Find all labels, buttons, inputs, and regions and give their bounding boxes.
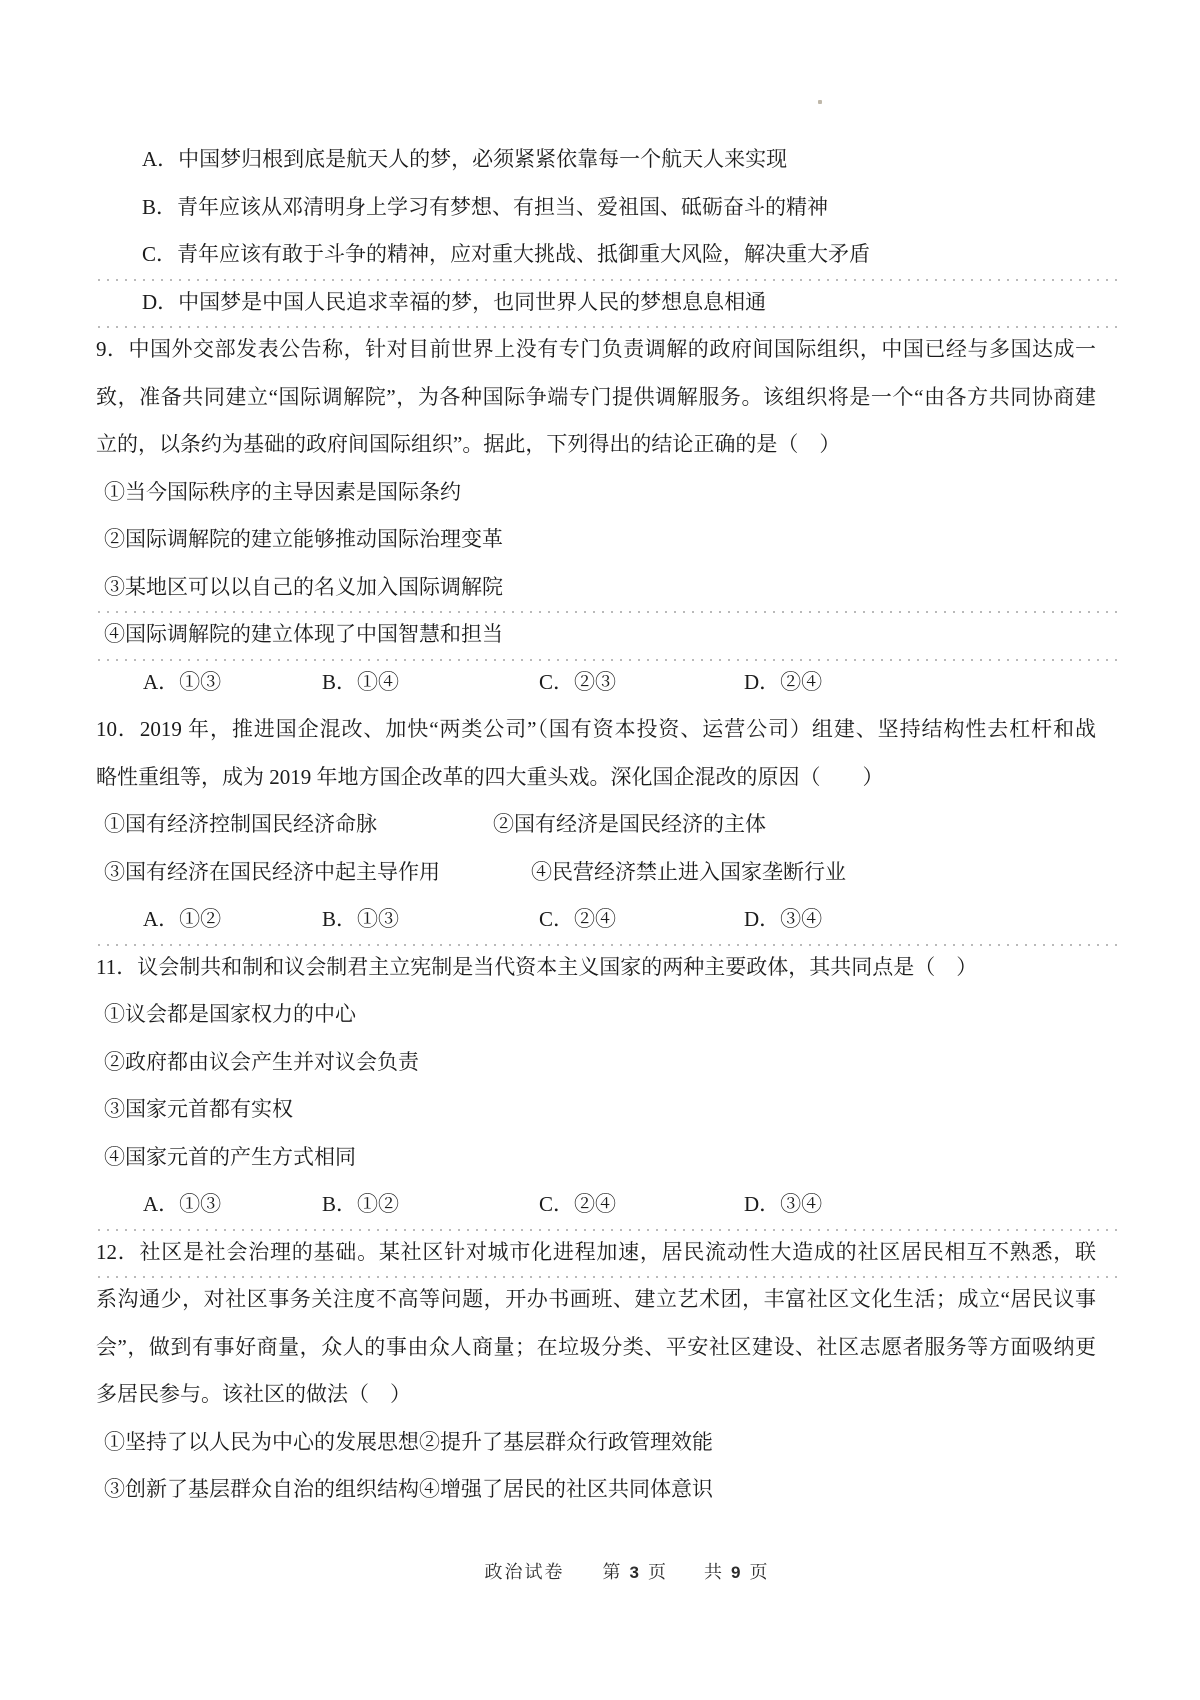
question-11-stem-line-1: 11．议会制共和制和议会制君主立宪制是当代资本主义国家的两种主要政体，其共同点是… [96,944,1096,992]
dotted-divider-4 [98,659,1118,661]
question-10-item-3: ③国有经济在国民经济中起主导作用 [104,849,531,897]
question-9-choice-b: B．①④ [322,659,539,707]
dotted-divider-5 [98,944,1118,946]
question-11-item-4: ④国家元首的产生方式相同 [96,1134,1096,1182]
question-9-choice-d: D．②④ [744,659,1096,707]
page-footer-text: 政治试卷 第 3 页 共 9 页 [485,1558,768,1584]
question-8-option-d: D．中国梦是中国人民追求幸福的梦，也同世界人民的梦想息息相通 [96,279,1096,327]
footer-page-number: 3 [630,1563,639,1583]
exam-page: A．中国梦归根到底是航天人的梦，必须紧紧依靠每一个航天人来实现 B．青年应该从邓… [0,0,1200,1700]
footer-total-prefix: 共 [704,1558,722,1584]
question-8-option-b: B．青年应该从邓清明身上学习有梦想、有担当、爱祖国、砥砺奋斗的精神 [96,184,1096,232]
footer-page-suffix: 页 [648,1558,666,1584]
dotted-divider-6 [98,1229,1118,1231]
question-10-items-row-2: ③国有经济在国民经济中起主导作用 ④民营经济禁止进入国家垄断行业 [96,849,1096,897]
exam-content: A．中国梦归根到底是航天人的梦，必须紧紧依靠每一个航天人来实现 B．青年应该从邓… [96,136,1096,1514]
question-11-item-2: ②政府都由议会产生并对议会负责 [96,1039,1096,1087]
question-10-choice-c: C．②④ [539,896,744,944]
question-10-stem-line-1: 10．2019 年，推进国企混改、加快“两类公司”（国有资本投资、运营公司）组建… [96,706,1096,754]
question-9-item-1: ①当今国际秩序的主导因素是国际条约 [96,469,1096,517]
question-8-option-a: A．中国梦归根到底是航天人的梦，必须紧紧依靠每一个航天人来实现 [96,136,1096,184]
question-11-choice-a: A．①③ [143,1181,322,1229]
question-12-stem-line-2: 系沟通少，对社区事务关注度不高等问题，开办书画班、建立艺术团，丰富社区文化生活；… [96,1276,1096,1324]
question-11-choice-d: D．③④ [744,1181,1096,1229]
question-11-item-1: ①议会都是国家权力的中心 [96,991,1096,1039]
question-9-choice-c: C．②③ [539,659,744,707]
question-10-item-1: ①国有经济控制国民经济命脉 [104,801,493,849]
footer-total-indicator: 共 9 页 [704,1558,767,1584]
question-9-stem-line-1: 9．中国外交部发表公告称，针对目前世界上没有专门负责调解的政府间国际组织，中国已… [96,326,1096,374]
question-12-stem-line-4: 多居民参与。该社区的做法（ ） [96,1371,1096,1419]
page-footer: 政治试卷 第 3 页 共 9 页 [0,1558,1200,1584]
question-9-item-3: ③某地区可以以自己的名义加入国际调解院 [96,564,1096,612]
question-12-items-3-4: ③创新了基层群众自治的组织结构④增强了居民的社区共同体意识 [96,1466,1096,1514]
footer-total-suffix: 页 [749,1558,767,1584]
question-12-stem-line-1: 12．社区是社会治理的基础。某社区针对城市化进程加速，居民流动性大造成的社区居民… [96,1229,1096,1277]
footer-total-number: 9 [731,1563,740,1583]
question-10-choice-a: A．①② [143,896,322,944]
dotted-divider-1 [98,279,1118,281]
question-10-item-2: ②国有经济是国民经济的主体 [493,801,1096,849]
question-9-stem-line-2: 致，准备共同建立“国际调解院”，为各种国际争端专门提供调解服务。该组织将是一个“… [96,374,1096,422]
scan-speck [818,100,822,104]
question-11-choice-b: B．①② [322,1181,539,1229]
footer-doc-title: 政治试卷 [485,1558,565,1584]
question-12-items-1-2: ①坚持了以人民为中心的发展思想②提升了基层群众行政管理效能 [96,1419,1096,1467]
question-12-stem-line-3: 会”，做到有事好商量，众人的事由众人商量；在垃圾分类、平安社区建设、社区志愿者服… [96,1324,1096,1372]
question-10-items-row-1: ①国有经济控制国民经济命脉 ②国有经济是国民经济的主体 [96,801,1096,849]
footer-page-indicator: 第 3 页 [603,1558,666,1584]
question-9-item-2: ②国际调解院的建立能够推动国际治理变革 [96,516,1096,564]
question-10-item-4: ④民营经济禁止进入国家垄断行业 [531,849,1096,897]
question-9-item-4: ④国际调解院的建立体现了中国智慧和担当 [96,611,1096,659]
dotted-divider-3 [98,611,1118,613]
question-8-option-c: C．青年应该有敢于斗争的精神，应对重大挑战、抵御重大风险，解决重大矛盾 [96,231,1096,279]
question-10-choice-b: B．①③ [322,896,539,944]
question-11-choice-c: C．②④ [539,1181,744,1229]
dotted-divider-7 [98,1276,1118,1278]
question-10-choices-row: A．①② B．①③ C．②④ D．③④ [96,896,1096,944]
question-10-stem-line-2: 略性重组等，成为 2019 年地方国企改革的四大重头戏。深化国企混改的原因（ ） [96,754,1096,802]
question-9-stem-line-3: 立的，以条约为基础的政府间国际组织”。据此，下列得出的结论正确的是（ ） [96,421,1096,469]
question-11-choices-row: A．①③ B．①② C．②④ D．③④ [96,1181,1096,1229]
question-9-choice-a: A．①③ [143,659,322,707]
question-9-choices-row: A．①③ B．①④ C．②③ D．②④ [96,659,1096,707]
dotted-divider-2 [98,326,1118,328]
footer-page-prefix: 第 [603,1558,621,1584]
question-11-item-3: ③国家元首都有实权 [96,1086,1096,1134]
question-10-choice-d: D．③④ [744,896,1096,944]
